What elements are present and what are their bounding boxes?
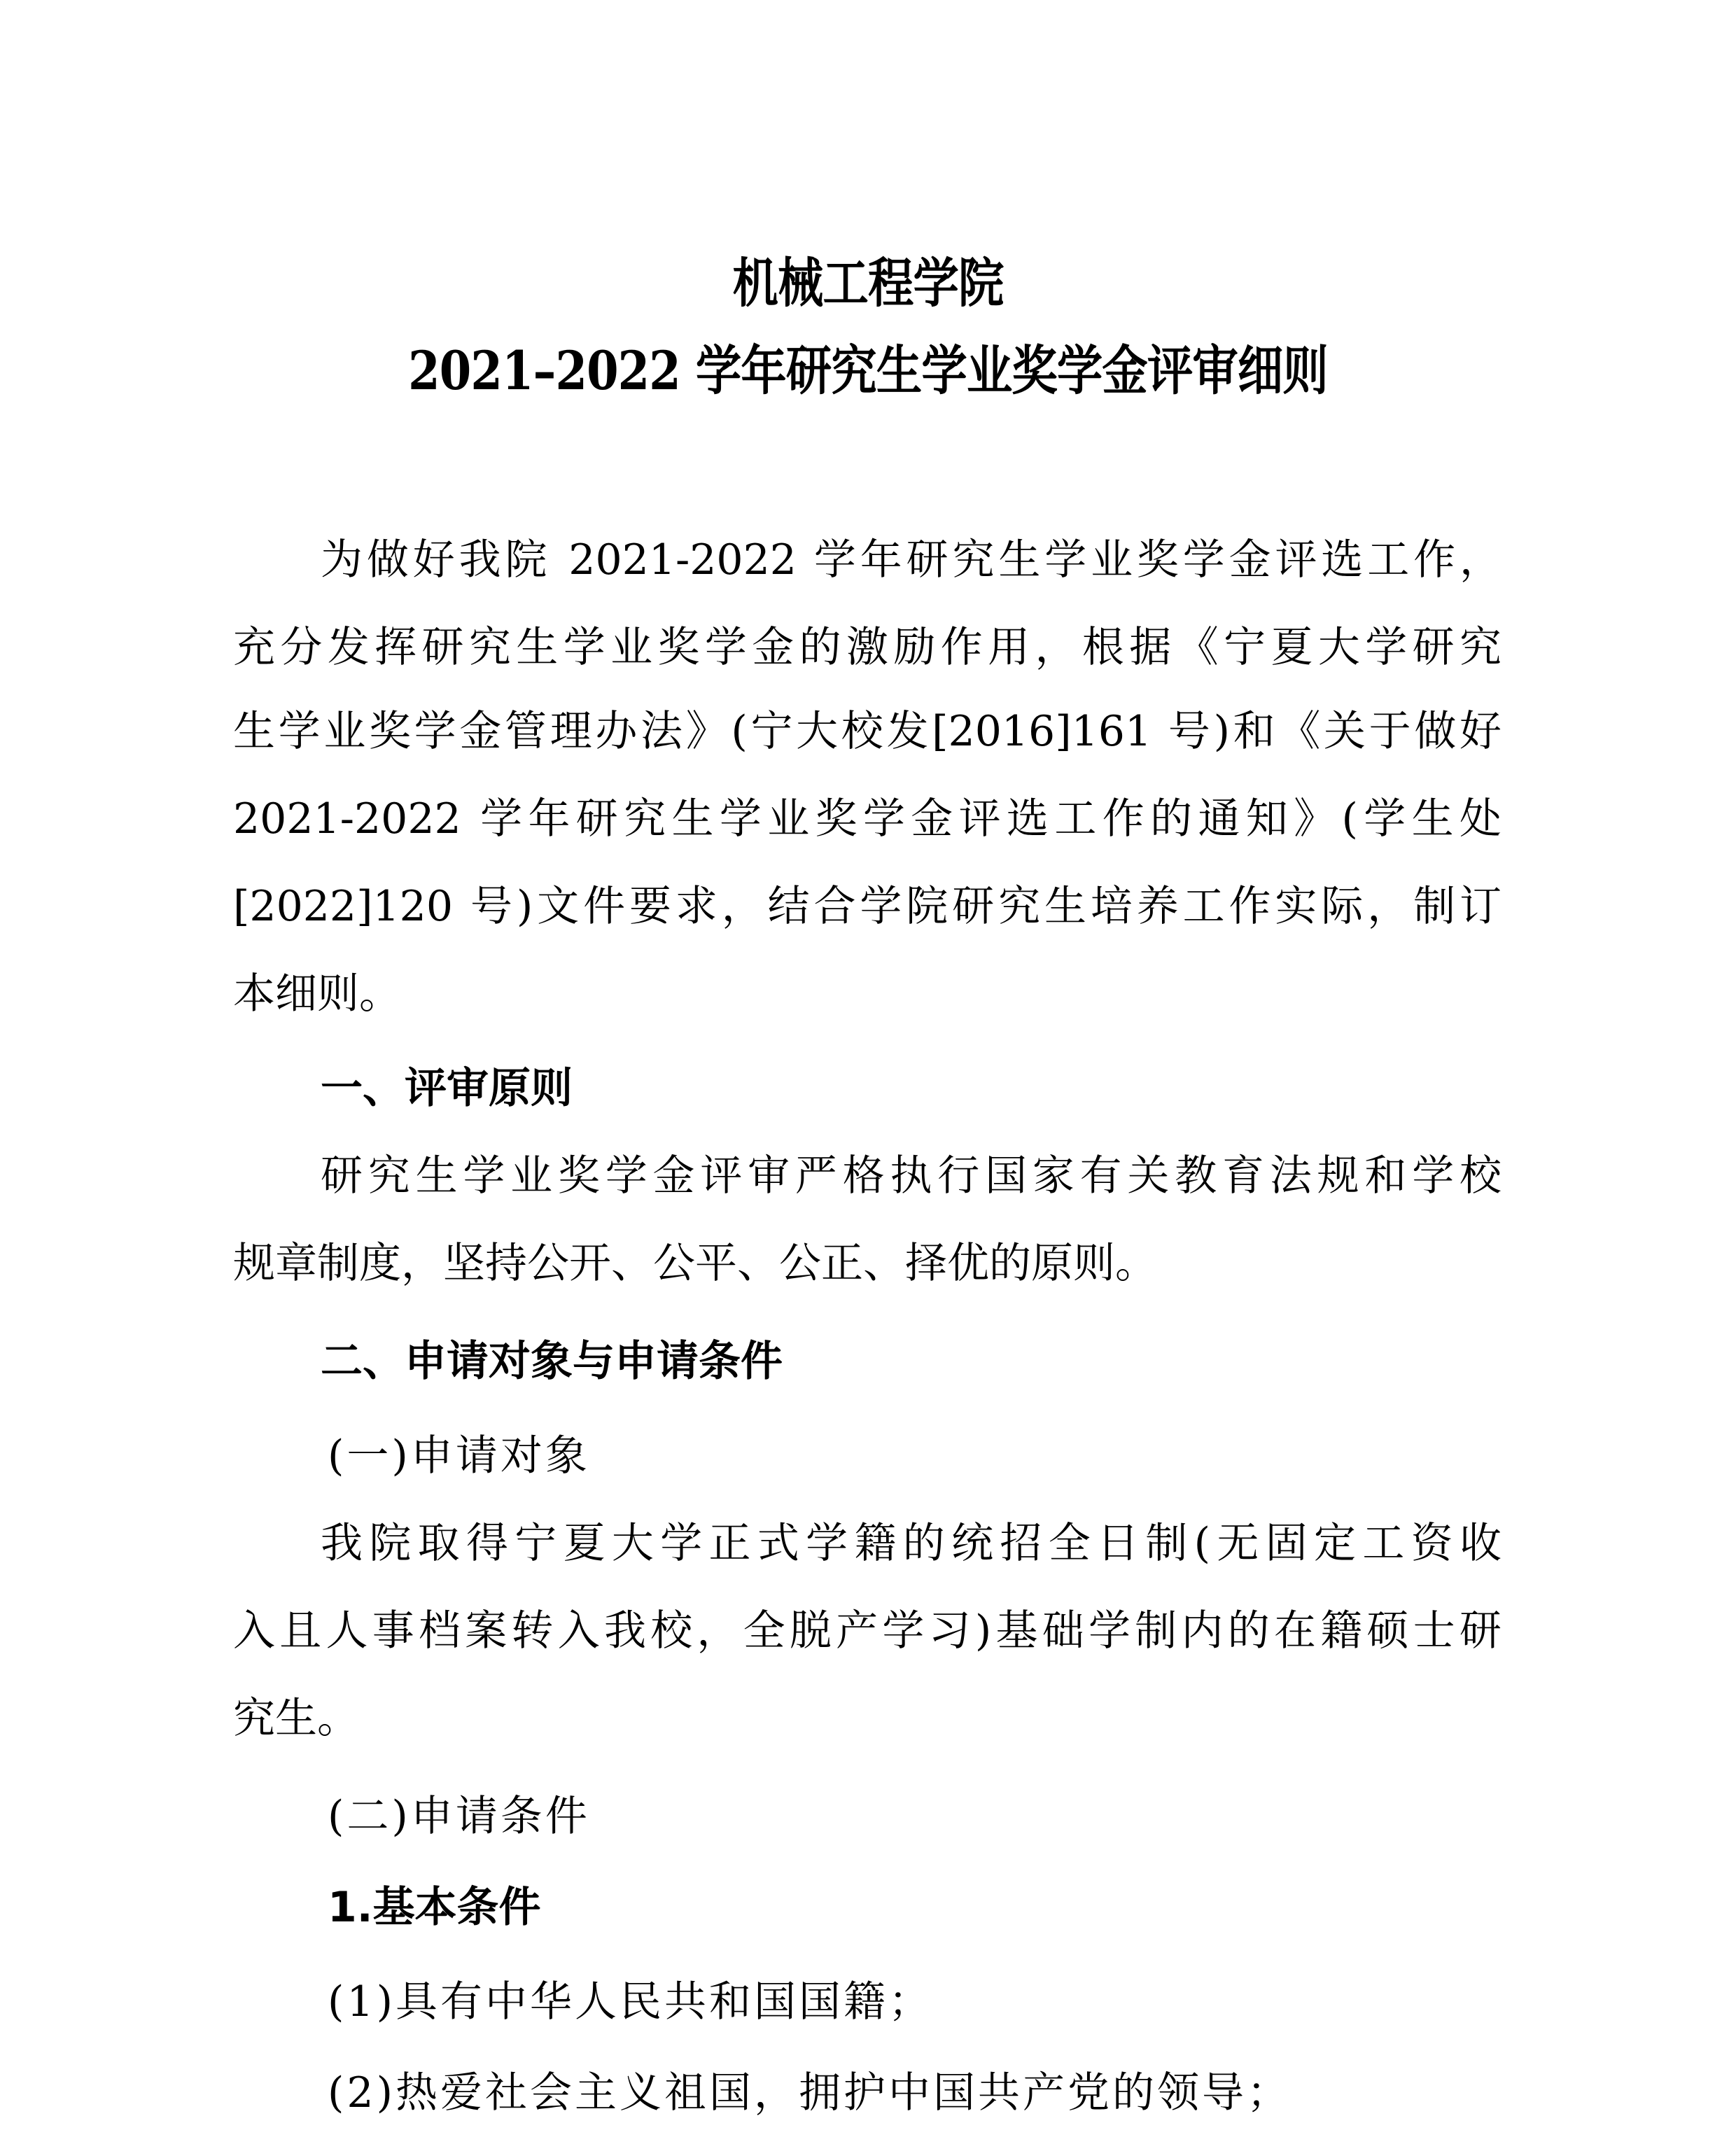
section-heading-review-principles: 一、评审原则 [321, 1060, 573, 1116]
document-page: 机械工程学院 2021–2022 学年研究生学业奖学金评审细则 为做好我院 20… [0, 0, 1736, 2151]
intro-paragraph-line: 2021-2022 学年研究生学业奖学金评选工作的通知》(学生处 [233, 791, 1501, 847]
intro-paragraph-line: 为做好我院 2021-2022 学年研究生学业奖学金评选工作， [321, 532, 1501, 588]
intro-paragraph-line: 充分发挥研究生学业奖学金的激励作用，根据《宁夏大学研究 [233, 619, 1501, 675]
subsection-heading-conditions: (二)申请条件 [328, 1788, 590, 1844]
subsection1-paragraph-line: 入且人事档案转入我校，全脱产学习)基础学制内的在籍硕士研 [233, 1603, 1501, 1659]
intro-paragraph-line: 本细则。 [233, 966, 1501, 1022]
subsection1-paragraph-line: 我院取得宁夏大学正式学籍的统招全日制(无固定工资收 [321, 1515, 1501, 1571]
document-title-college: 机械工程学院 [122, 252, 1615, 315]
subsection1-paragraph-line: 究生。 [233, 1690, 1501, 1746]
condition-item: (1)具有中华人民共和国国籍； [328, 1974, 933, 2030]
section-heading-applicants-conditions: 二、申请对象与申请条件 [321, 1333, 783, 1389]
condition-item: (2)热爱社会主义祖国，拥护中国共产党的领导； [328, 2065, 1291, 2121]
item-heading-basic-conditions: 1.基本条件 [328, 1879, 541, 1935]
section1-paragraph-line: 规章制度，坚持公开、公平、公正、择优的原则。 [233, 1235, 1501, 1291]
section1-paragraph-line: 研究生学业奖学金评审严格执行国家有关教育法规和学校 [321, 1148, 1501, 1204]
subsection-heading-applicants: (一)申请对象 [328, 1428, 590, 1484]
intro-paragraph-line: 生学业奖学金管理办法》(宁大校发[2016]161 号)和《关于做好 [233, 703, 1501, 759]
document-title-main: 2021–2022 学年研究生学业奖学金评审细则 [122, 339, 1615, 402]
intro-paragraph-line: [2022]120 号)文件要求，结合学院研究生培养工作实际，制订 [233, 878, 1501, 934]
